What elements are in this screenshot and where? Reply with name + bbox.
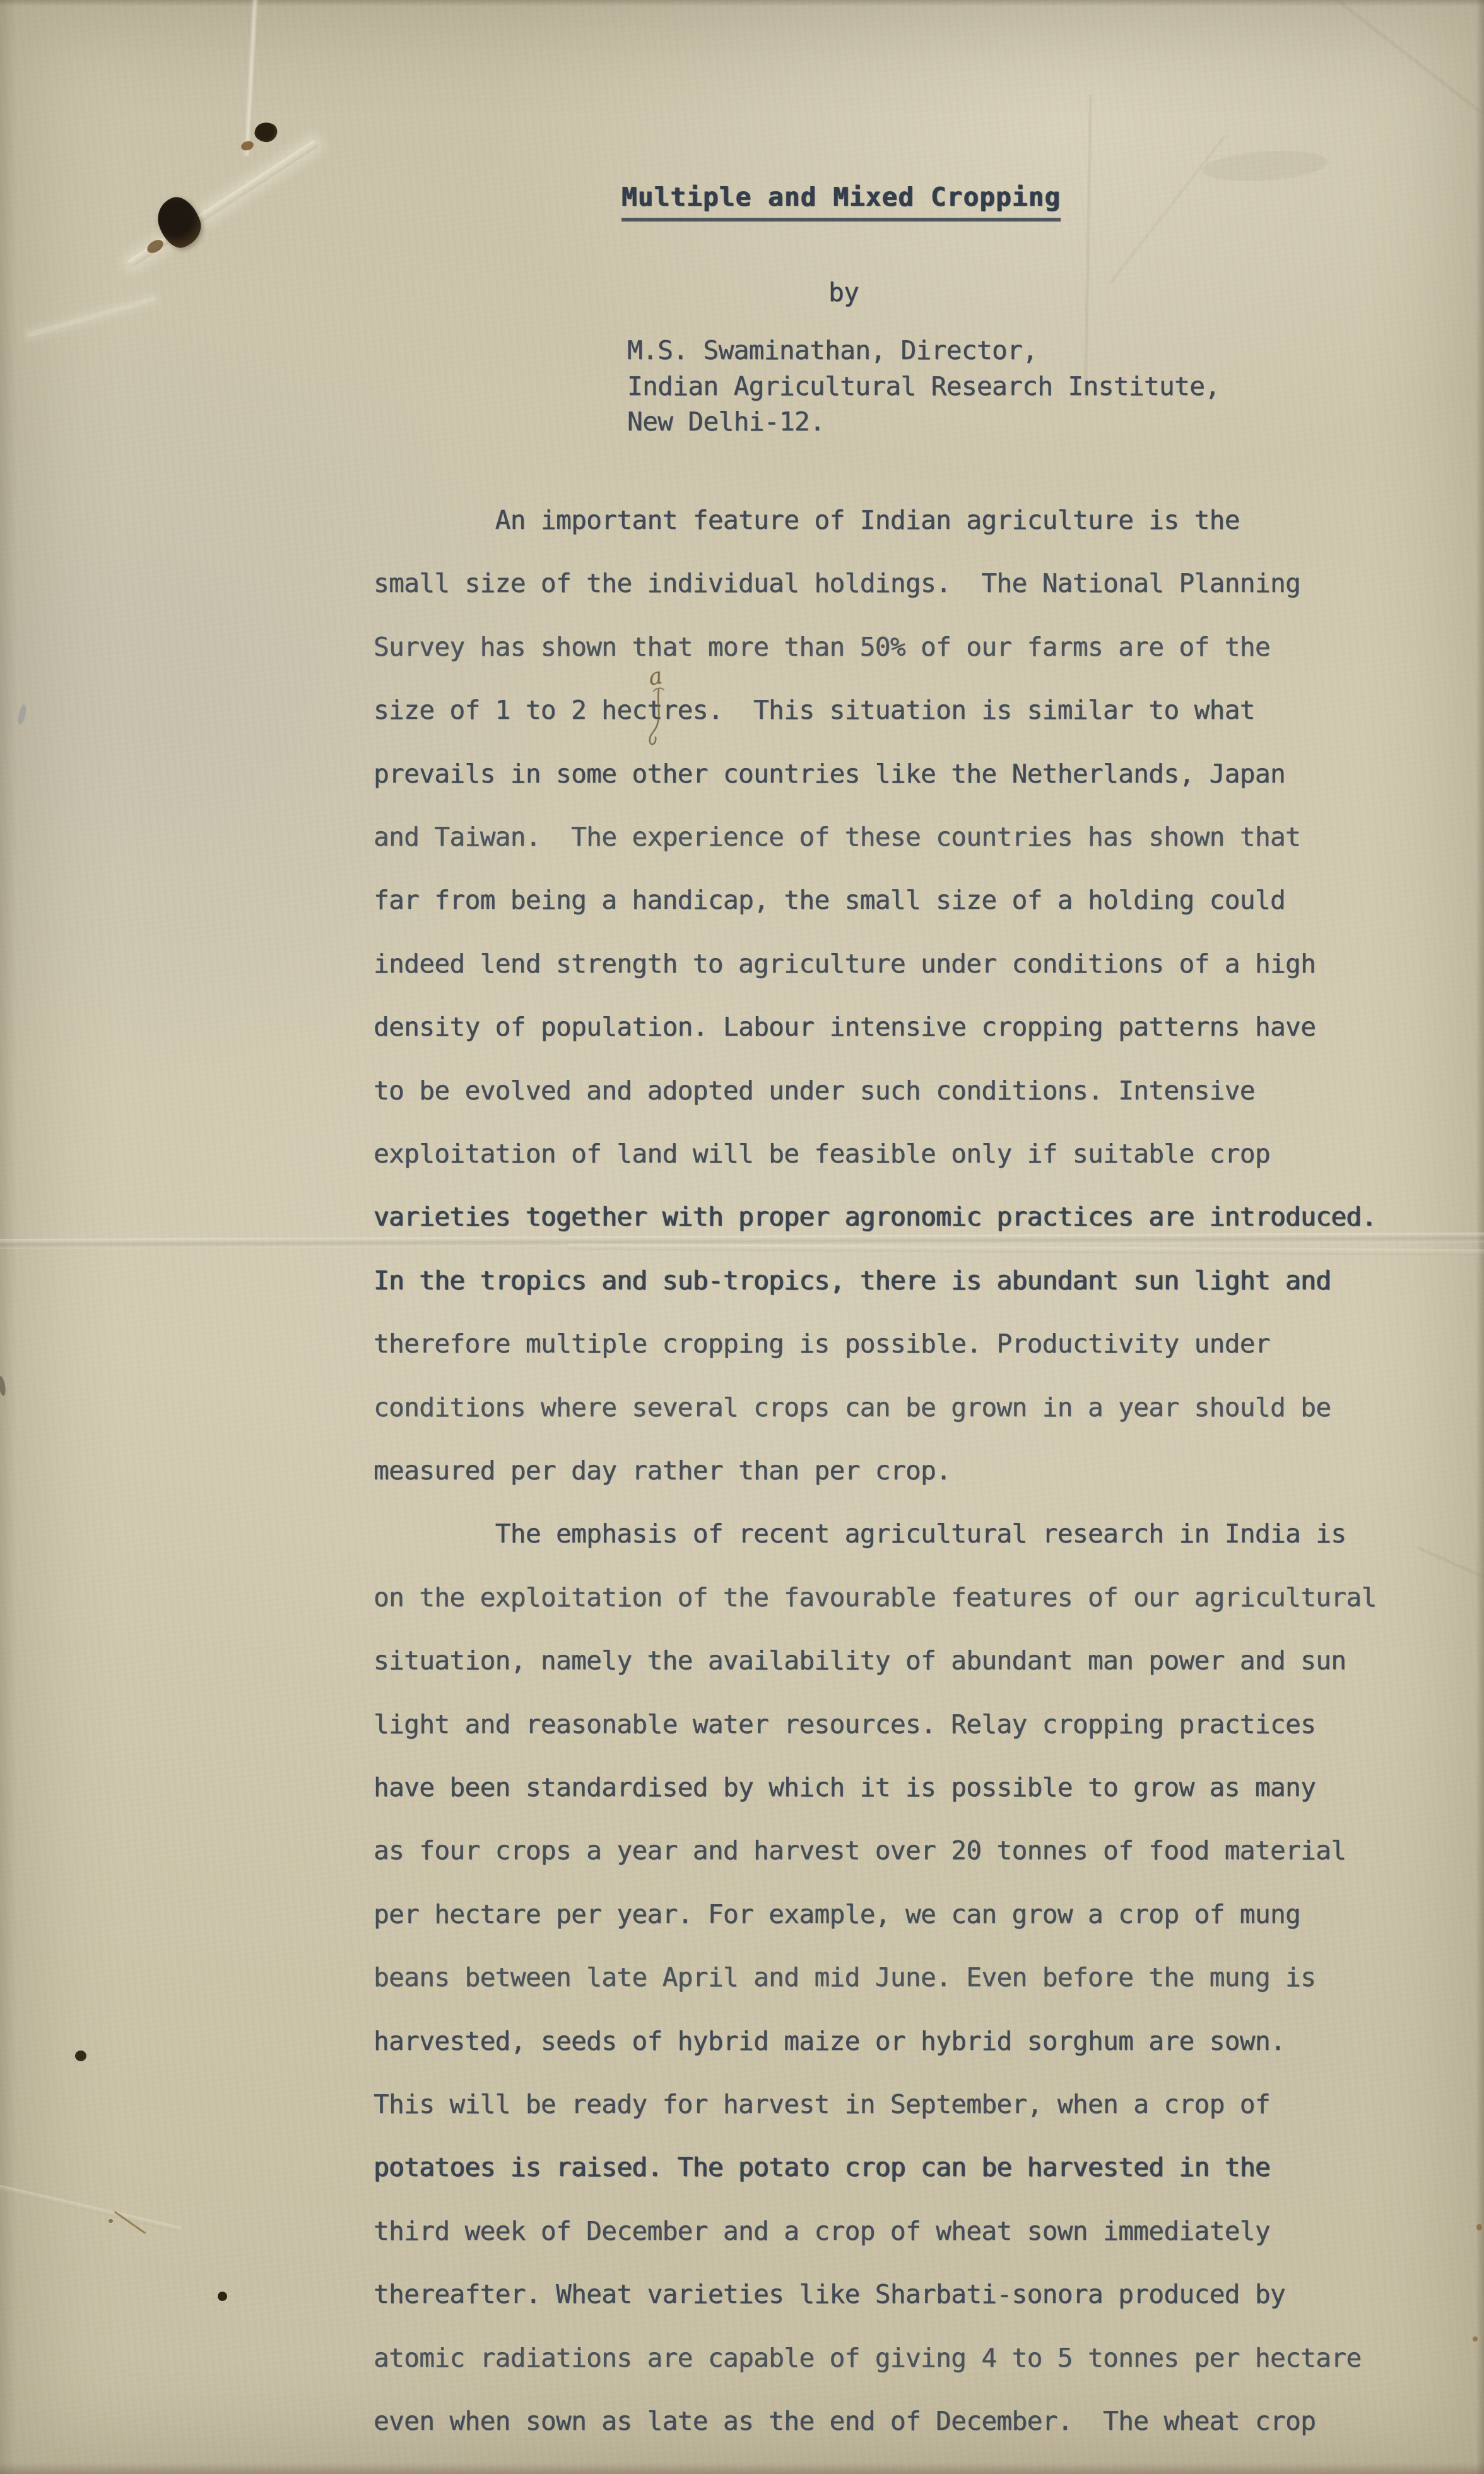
typed-line: varieties together with proper agronomic… [374,1202,1377,1231]
corner-crease-top-right-b [1108,134,1227,285]
typed-line: density of population. Labour intensive … [374,1012,1316,1041]
typed-line: to be evolved and adopted under such con… [374,1076,1255,1105]
rust-speck-right-1 [1476,2224,1482,2230]
typed-line: therefore multiple cropping is possible.… [374,1329,1270,1358]
typed-line: harvested, seeds of hybrid maize or hybr… [374,2027,1285,2056]
typed-line: An important feature of Indian agricultu… [374,506,1240,535]
typed-line: as four crops a year and harvest over 20… [374,1836,1346,1865]
typed-line: measured per day rather than per crop. [374,1456,951,1485]
left-edge-ink-tick [0,1375,7,1396]
page-edge-bottom [0,2463,1484,2474]
typed-line: potatoes is raised. The potato crop can … [374,2153,1270,2182]
document-page: Multiple and Mixed Cropping by M.S. Swam… [0,0,1484,2474]
typed-line: exploitation of land will be feasible on… [374,1139,1270,1168]
page-edge-right [1476,0,1484,2474]
byline: by [828,277,859,307]
author-line: M.S. Swaminathan, Director, [627,335,1037,365]
typed-line: Survey has shown that more than 50% of o… [374,632,1270,661]
ink-stain-medium [253,120,279,145]
typed-line: indeed lend strength to agriculture unde… [374,949,1316,978]
typed-line: In the tropics and sub-tropics, there is… [374,1266,1331,1295]
crease-bottom-right [1416,1546,1484,1588]
vertical-crease-top [243,0,259,156]
typed-line: and Taiwan. The experience of these coun… [374,822,1300,851]
typed-line: on the exploitation of the favourable fe… [374,1583,1377,1612]
typed-line: have been standardised by which it is po… [374,1773,1316,1802]
ink-dot-left [75,2051,86,2061]
ink-stain-small-brown [240,139,254,151]
handwritten-insertion-letter: a [647,663,664,690]
author-line: New Delhi-12. [627,406,825,437]
blue-pencil-tick [17,704,27,725]
page-edge-left [0,0,16,2474]
typed-line: even when sown as late as the end of Dec… [374,2406,1316,2436]
rust-scratch-dot [109,2219,113,2223]
typed-line: This will be ready for harvest in Septem… [374,2090,1270,2119]
document-title: Multiple and Mixed Cropping [621,182,1061,222]
corner-crease-top-right-a [1292,0,1483,115]
page-edge-top [0,0,1484,6]
typed-line: beans between late April and mid June. E… [374,1963,1316,1992]
ink-dot-bottom [218,2292,227,2301]
author-line: Indian Agricultural Research Institute, [627,371,1220,401]
fold-crease-bottom-left [0,2181,181,2232]
typed-line: The emphasis of recent agricultural rese… [374,1519,1346,1548]
rust-speck-right-2 [1473,2336,1478,2341]
typed-line: prevails in some other countries like th… [374,759,1285,788]
typed-line: light and reasonable water resources. Re… [374,1710,1316,1739]
typed-line: size of 1 to 2 hectres. This situation i… [374,695,1255,725]
typed-line: per hectare per year. For example, we ca… [374,1900,1300,1929]
ink-stain-large [151,191,207,252]
typed-line: small size of the individual holdings. T… [374,569,1300,598]
horizontal-fold-crease [0,1233,1484,1249]
faint-smudge-top-right [1201,147,1329,185]
typed-line: atomic radiations are capable of giving … [374,2343,1361,2372]
ink-stain-large-tail [145,237,166,256]
typed-line: far from being a handicap, the small siz… [374,885,1285,914]
typed-line: conditions where several crops can be gr… [374,1393,1331,1422]
typed-line: third week of December and a crop of whe… [374,2217,1270,2246]
typed-line: situation, namely the availability of ab… [374,1646,1346,1675]
diagonal-crease-through-stain [127,139,318,268]
typed-line: thereafter. Wheat varieties like Sharbat… [374,2280,1285,2309]
rust-scratch [114,2211,146,2234]
diagonal-crease-left [27,296,156,338]
vertical-crease-right [1084,95,1092,398]
horizontal-fold-crease-shadow [568,1244,1484,1256]
